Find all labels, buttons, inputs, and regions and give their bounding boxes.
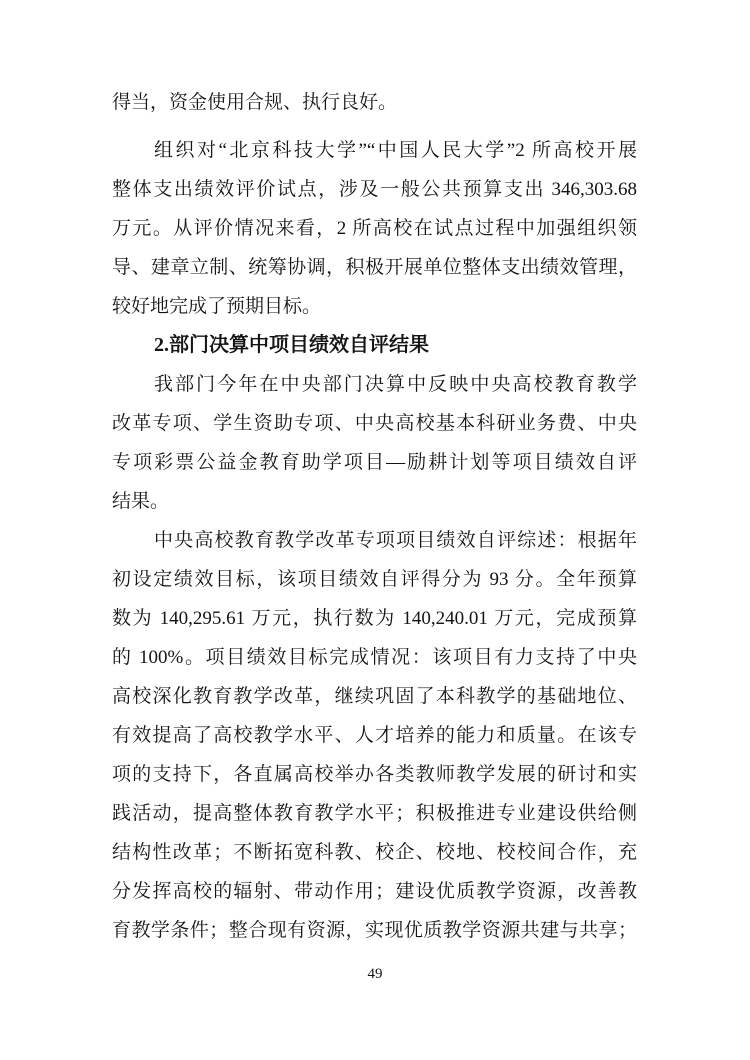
text-line: 结果。: [112, 482, 637, 521]
text-line: 的 100%。项目绩效目标完成情况：该项目有力支持了中央: [112, 638, 637, 677]
document-page: 得当，资金使用合规、执行良好。组织对“北京科技大学”“中国人民大学”2 所高校开…: [0, 0, 750, 1060]
text-line: 万元。从评价情况来看，2 所高校在试点过程中加强组织领: [112, 209, 637, 248]
paragraph: 我部门今年在中央部门决算中反映中央高校教育教学改革专项、学生资助专项、中央高校基…: [112, 365, 637, 521]
text-line: 改革专项、学生资助专项、中央高校基本科研业务费、中央: [112, 404, 637, 443]
text-line: 导、建章立制、统筹协调，积极开展单位整体支出绩效管理，: [112, 248, 637, 287]
text-line: 高校深化教育教学改革，继续巩固了本科教学的基础地位、: [112, 677, 637, 716]
text-line: 得当，资金使用合规、执行良好。: [112, 83, 637, 122]
text-line: 专项彩票公益金教育助学项目—励耕计划等项目绩效自评: [112, 443, 637, 482]
text-line: 整体支出绩效评价试点，涉及一般公共预算支出 346,303.68: [112, 170, 637, 209]
page-content: 得当，资金使用合规、执行良好。组织对“北京科技大学”“中国人民大学”2 所高校开…: [112, 83, 637, 950]
text-line: 结构性改革；不断拓宽科教、校企、校地、校校间合作，充: [112, 833, 637, 872]
text-line: 较好地完成了预期目标。: [112, 287, 637, 326]
text-line: 数为 140,295.61 万元，执行数为 140,240.01 万元，完成预算: [112, 599, 637, 638]
text-line: 我部门今年在中央部门决算中反映中央高校教育教学: [112, 365, 637, 404]
text-line: 初设定绩效目标，该项目绩效自评得分为 93 分。全年预算: [112, 560, 637, 599]
page-number: 49: [0, 964, 750, 984]
text-line: 中央高校教育教学改革专项项目绩效自评综述：根据年: [112, 521, 637, 560]
text-line: 项的支持下，各直属高校举办各类教师教学发展的研讨和实: [112, 755, 637, 794]
text-line: 有效提高了高校教学水平、人才培养的能力和质量。在该专: [112, 716, 637, 755]
section-heading-block: 2.部门决算中项目绩效自评结果: [112, 326, 637, 365]
text-line: 组织对“北京科技大学”“中国人民大学”2 所高校开展: [112, 131, 637, 170]
text-line: 践活动，提高整体教育教学水平；积极推进专业建设供给侧: [112, 794, 637, 833]
paragraph: 中央高校教育教学改革专项项目绩效自评综述：根据年初设定绩效目标，该项目绩效自评得…: [112, 521, 637, 950]
paragraph: 组织对“北京科技大学”“中国人民大学”2 所高校开展整体支出绩效评价试点，涉及一…: [112, 131, 637, 326]
text-line: 分发挥高校的辐射、带动作用；建设优质教学资源，改善教: [112, 872, 637, 911]
text-line: 育教学条件；整合现有资源，实现优质教学资源共建与共享；: [112, 911, 637, 950]
section-heading: 2.部门决算中项目绩效自评结果: [112, 326, 637, 365]
paragraph: 得当，资金使用合规、执行良好。: [112, 83, 637, 122]
